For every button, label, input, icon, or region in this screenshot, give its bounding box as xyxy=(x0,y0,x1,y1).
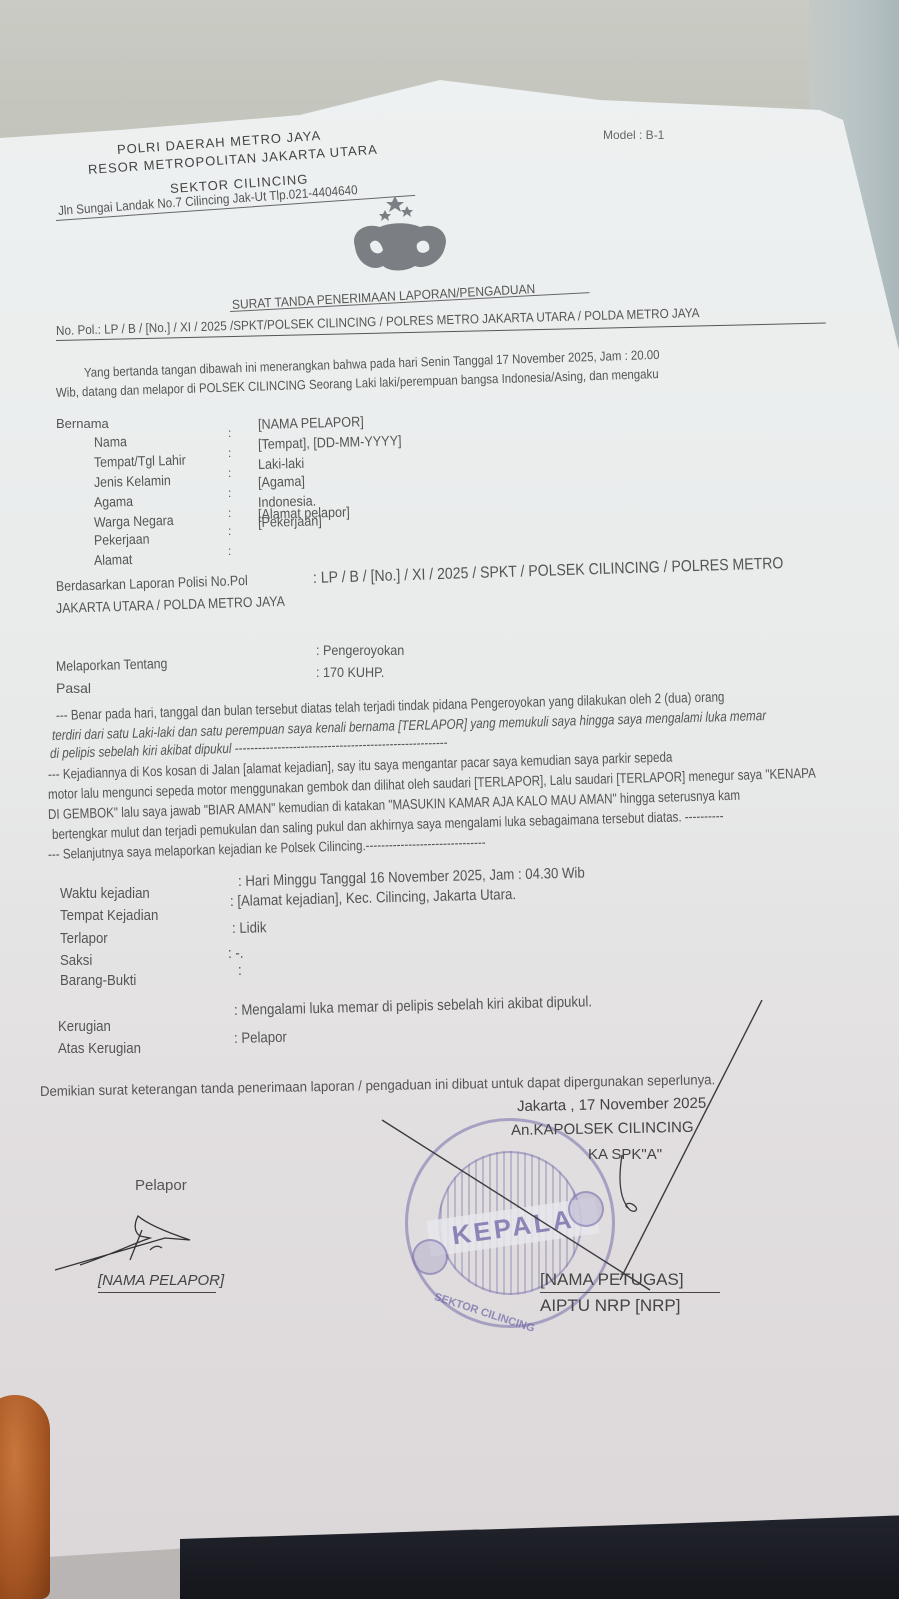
identity-label: Nama xyxy=(94,433,127,450)
detail-label: Waktu kejadian xyxy=(60,885,150,902)
identity-colon: : xyxy=(228,426,231,440)
police-report-document: POLRI DAERAH METRO JAYA RESOR METROPOLIT… xyxy=(0,0,899,1599)
identity-colon: : xyxy=(228,544,231,558)
identity-value: Laki-laki xyxy=(258,455,305,472)
loss-value: : Pelapor xyxy=(234,1029,287,1047)
reporter-name: [NAMA PELAPOR] xyxy=(98,1272,224,1289)
reporter-role: Pelapor xyxy=(135,1177,187,1194)
detail-label: Saksi xyxy=(60,952,92,969)
identity-label: Warga Negara xyxy=(94,512,174,530)
pasal-value: : 170 KUHP. xyxy=(316,664,384,680)
identity-label: Pekerjaan xyxy=(94,531,150,548)
identity-colon: : xyxy=(228,506,231,520)
loss-label: Atas Kerugian xyxy=(58,1040,141,1057)
report-ref-value: : LP / B / [No.] / XI / 2025 / SPKT / PO… xyxy=(313,555,784,588)
about-value: : Pengeroyokan xyxy=(316,642,404,658)
about-label: Melaporkan Tentang xyxy=(56,655,168,674)
police-emblem-icon xyxy=(345,192,455,278)
report-ref-label: Berdasarkan Laporan Polisi No.Pol xyxy=(56,572,248,594)
identity-colon: : xyxy=(228,486,231,500)
detail-value: : Lidik xyxy=(232,919,267,937)
identity-label: Tempat/Tgl Lahir xyxy=(94,452,186,470)
identity-colon: : xyxy=(228,524,231,538)
loss-label: Kerugian xyxy=(58,1018,111,1035)
form-model: Model : B-1 xyxy=(603,128,664,142)
identity-colon: : xyxy=(228,446,231,460)
officer-signature-icon xyxy=(380,1000,780,1300)
identity-label: Jenis Kelamin xyxy=(94,472,171,490)
identity-value: [NAMA PELAPOR] xyxy=(258,413,364,432)
identity-colon: : xyxy=(228,466,231,480)
reporter-signature-icon xyxy=(50,1210,210,1280)
identity-value: [Tempat], [DD-MM-YYYY] xyxy=(258,432,402,452)
detail-value: : [Alamat kejadian], Kec. Cilincing, Jak… xyxy=(230,886,516,910)
reporter-name-underline xyxy=(98,1292,216,1293)
detail-value: : Hari Minggu Tanggal 16 November 2025, … xyxy=(238,865,585,890)
report-ref-value-cont: JAKARTA UTARA / POLDA METRO JAYA xyxy=(56,593,285,616)
pasal-label: Pasal xyxy=(56,680,91,696)
detail-label: Terlapor xyxy=(60,930,108,947)
detail-value: : xyxy=(238,962,242,979)
identity-value: [Agama] xyxy=(258,473,305,490)
detail-value: : -. xyxy=(228,945,244,962)
identity-label: Agama xyxy=(94,493,133,510)
identity-value: [Alamat pelapor] xyxy=(258,504,350,522)
bernama-label: Bernama xyxy=(56,416,109,431)
identity-label: Alamat xyxy=(94,551,133,568)
detail-label: Barang-Bukti xyxy=(60,972,136,989)
detail-label: Tempat Kejadian xyxy=(60,907,158,924)
